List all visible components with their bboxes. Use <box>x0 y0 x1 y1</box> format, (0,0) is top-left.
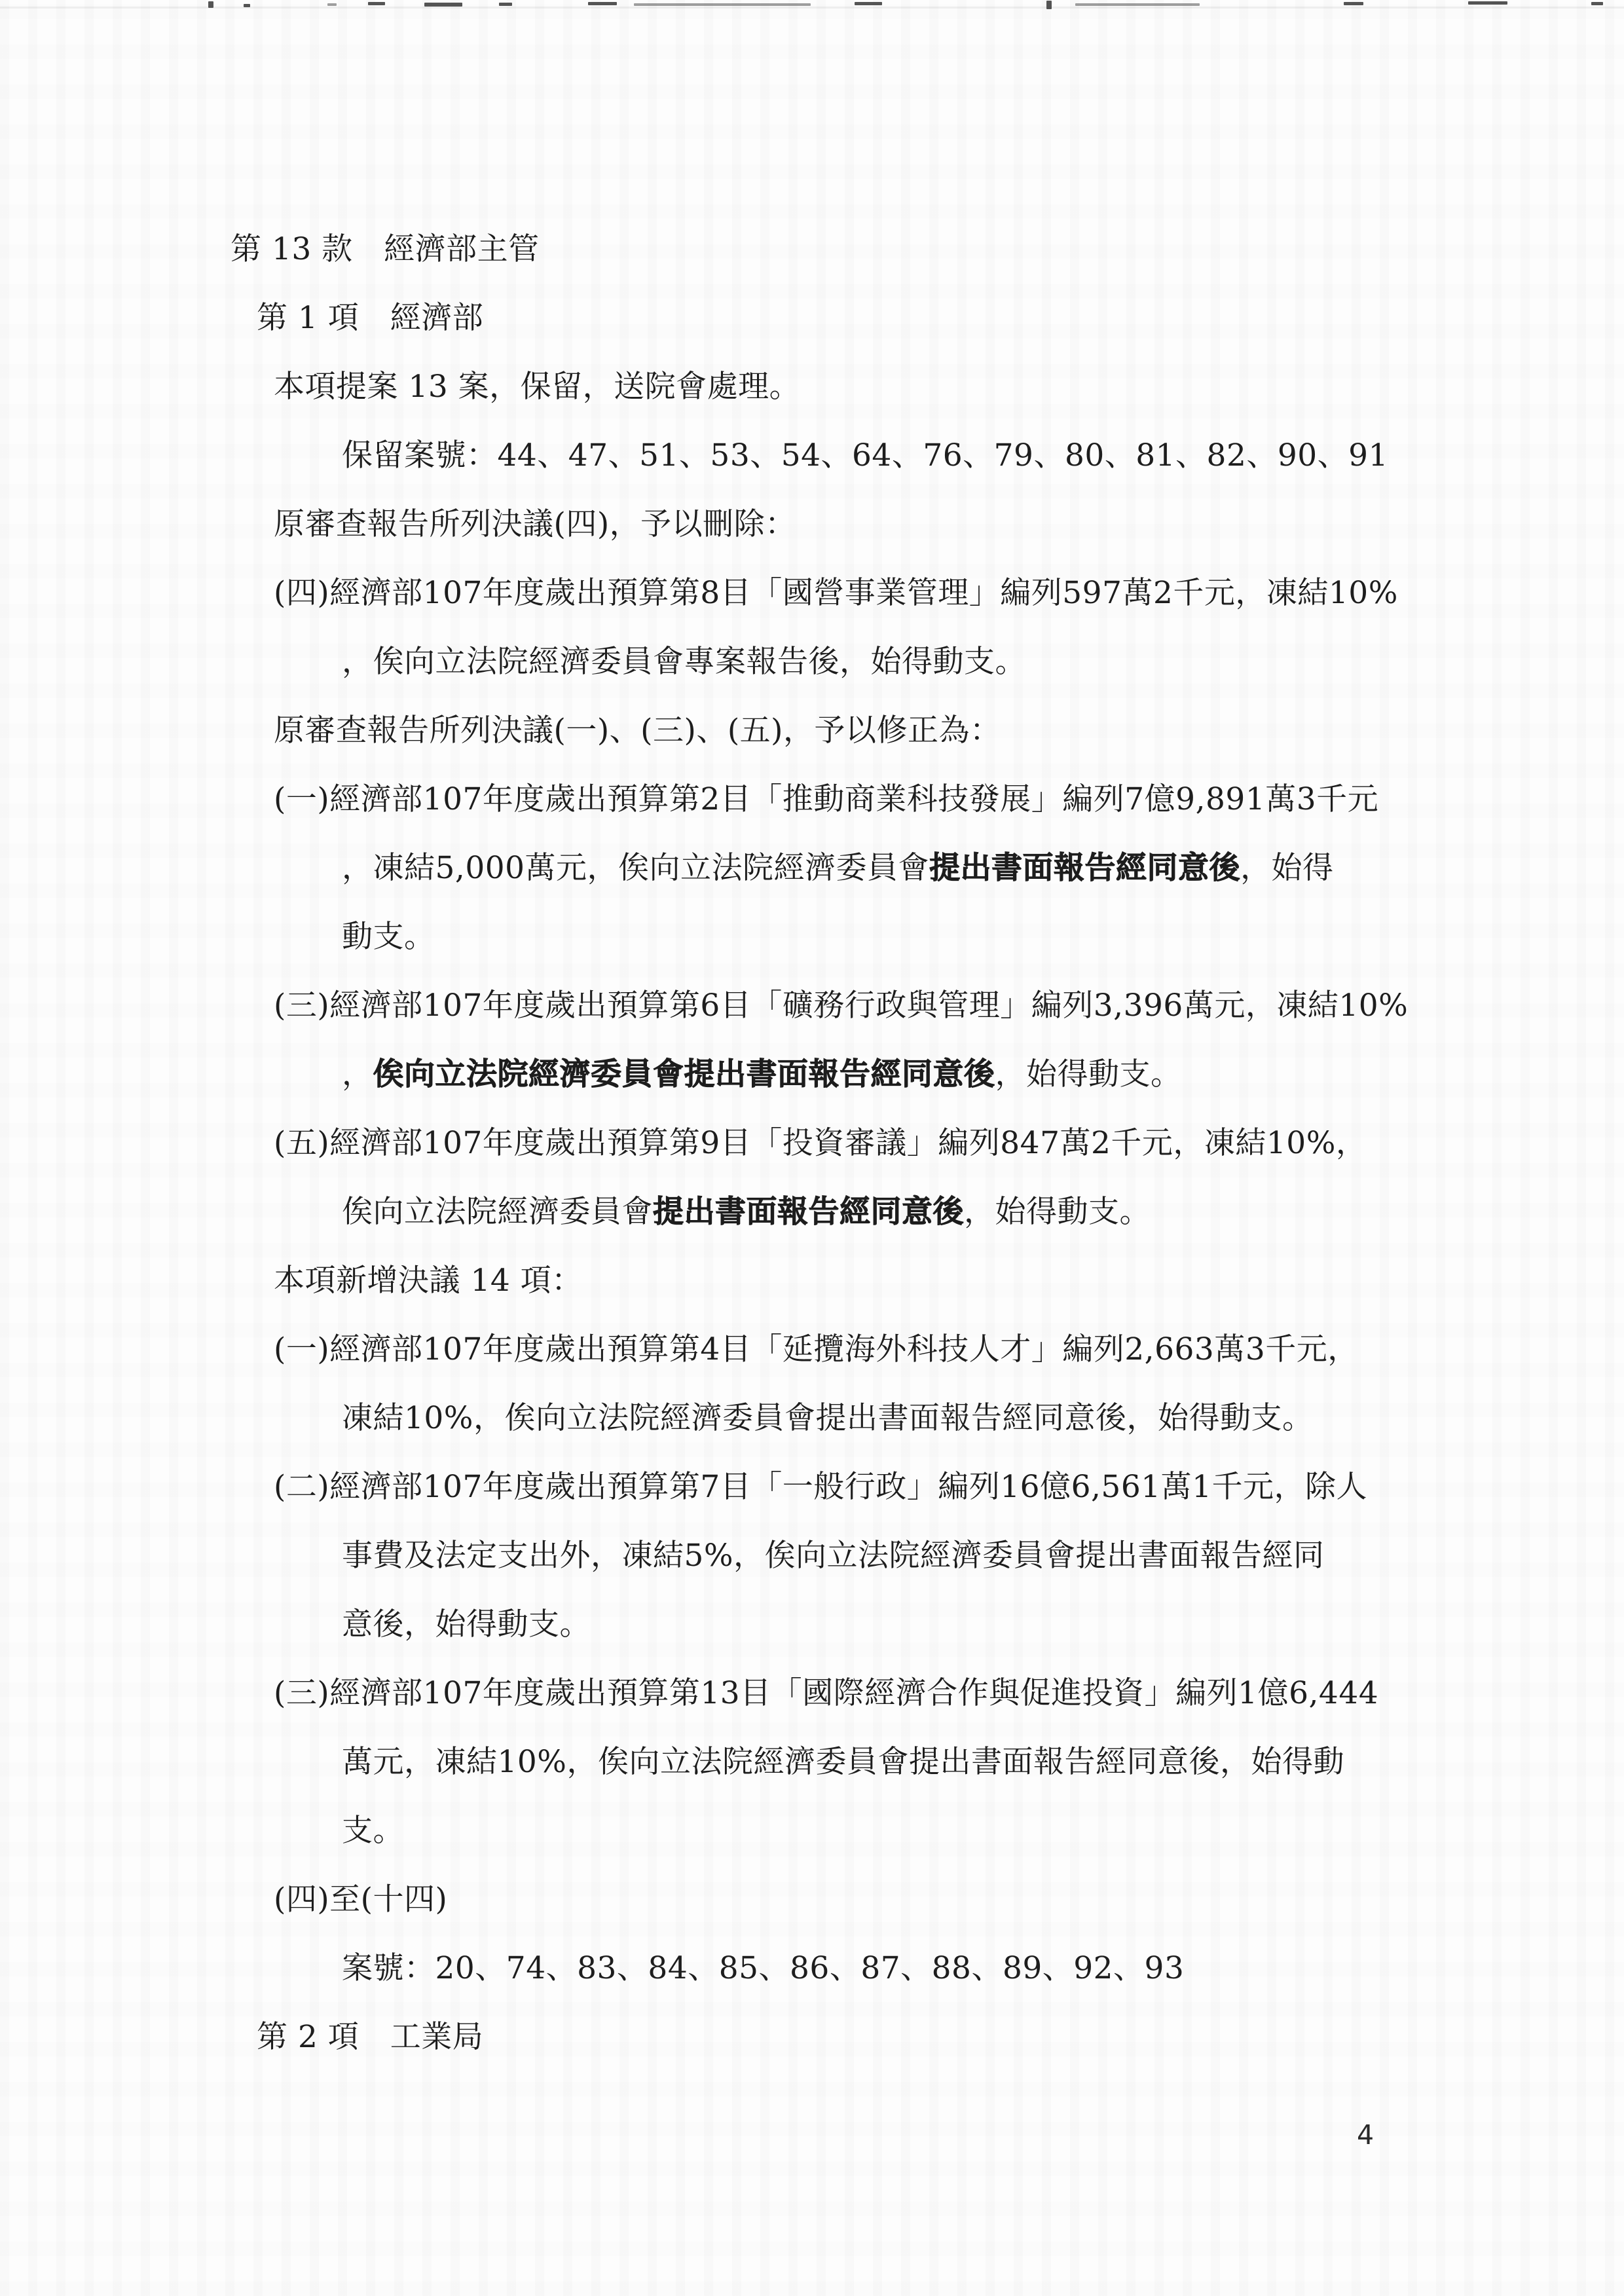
text-segment: 俟向立法院經濟委員會 <box>342 1194 653 1230</box>
scan-speck-artifact <box>499 3 512 6</box>
scan-speck-artifact <box>634 3 811 6</box>
emphasized-text: 提出書面報告經同意後 <box>653 1194 964 1230</box>
scan-speck-artifact <box>424 3 462 7</box>
text-segment: ，始得 <box>1240 850 1334 886</box>
text-segment: 原審查報告所列決議(四)，予以刪除： <box>274 506 796 542</box>
text-segment: (一)經濟部107年度歲出預算第4目「延攬海外科技人才」編列2,663萬3千元， <box>274 1331 1359 1367</box>
text-segment: (三)經濟部107年度歲出預算第13目「國際經濟合作與促進投資」編列1億6,44… <box>274 1675 1378 1711</box>
text-segment: 第 2 項 工業局 <box>257 2019 483 2055</box>
scan-speck-artifact <box>1344 2 1363 5</box>
scan-speck-artifact <box>1075 3 1200 6</box>
emphasized-text: 提出書面報告經同意後 <box>929 850 1240 886</box>
scan-speck-artifact <box>1468 1 1507 5</box>
text-segment: (四)至(十四) <box>274 1881 447 1917</box>
text-line: 第 1 項 經濟部 <box>257 301 483 335</box>
emphasized-text: 俟向立法院經濟委員會提出書面報告經同意後 <box>373 1056 995 1092</box>
text-segment: 意後，始得動支。 <box>342 1606 591 1642</box>
text-segment: 動支。 <box>342 919 435 955</box>
text-line: (一)經濟部107年度歲出預算第2目「推動商業科技發展」編列7億9,891萬3千… <box>274 783 1378 817</box>
text-line: (四)經濟部107年度歲出預算第8目「國營事業管理」編列597萬2千元，凍結10… <box>274 576 1398 610</box>
text-line: 第 2 項 工業局 <box>257 2020 483 2054</box>
text-line: 支。 <box>342 1814 404 1848</box>
scan-speck-artifact <box>1591 2 1603 5</box>
text-segment: ， <box>342 1056 373 1092</box>
text-segment: (五)經濟部107年度歲出預算第9目「投資審議」編列847萬2千元，凍結10%， <box>274 1125 1367 1161</box>
text-line: 保留案號：44、47、51、53、54、64、76、79、80、81、82、90… <box>342 439 1388 473</box>
text-segment: 原審查報告所列決議(一)、(三)、(五)，予以修正為： <box>274 713 1001 749</box>
scan-speck-artifact <box>244 4 250 7</box>
text-line: 本項新增決議 14 項： <box>274 1264 583 1298</box>
page-number: 4 <box>1357 2120 1374 2149</box>
text-segment: 案號：20、74、83、84、85、86、87、88、89、92、93 <box>342 1950 1184 1986</box>
scan-speck-artifact <box>208 1 213 8</box>
text-line: 意後，始得動支。 <box>342 1608 591 1642</box>
text-line: 凍結10%，俟向立法院經濟委員會提出書面報告經同意後，始得動支。 <box>342 1401 1313 1435</box>
text-segment: (二)經濟部107年度歲出預算第7目「一般行政」編列16億6,561萬1千元，除… <box>274 1469 1367 1505</box>
text-line: (一)經濟部107年度歲出預算第4目「延攬海外科技人才」編列2,663萬3千元， <box>274 1333 1359 1367</box>
text-segment: 支。 <box>342 1813 404 1849</box>
text-line: (五)經濟部107年度歲出預算第9目「投資審議」編列847萬2千元，凍結10%， <box>274 1126 1367 1160</box>
text-segment: (三)經濟部107年度歲出預算第6目「礦務行政與管理」編列3,396萬元，凍結1… <box>274 988 1408 1024</box>
text-segment: ，始得動支。 <box>964 1194 1151 1230</box>
text-line: (四)至(十四) <box>274 1883 447 1917</box>
text-line: 原審查報告所列決議(一)、(三)、(五)，予以修正為： <box>274 714 1001 748</box>
text-segment: 第 1 項 經濟部 <box>257 300 483 336</box>
text-line: 萬元，凍結10%，俟向立法院經濟委員會提出書面報告經同意後，始得動 <box>342 1745 1344 1779</box>
text-line: 俟向立法院經濟委員會提出書面報告經同意後，始得動支。 <box>342 1195 1151 1229</box>
scan-speck-artifact <box>327 3 337 6</box>
text-line: 事費及法定支出外，凍結5%，俟向立法院經濟委員會提出書面報告經同 <box>342 1539 1325 1573</box>
text-line: 案號：20、74、83、84、85、86、87、88、89、92、93 <box>342 1952 1184 1986</box>
text-segment: ，凍結5,000萬元，俟向立法院經濟委員會 <box>342 850 929 886</box>
text-segment: 本項提案 13 案，保留，送院會處理。 <box>274 369 800 405</box>
text-segment: 第 13 款 經濟部主管 <box>231 231 540 267</box>
text-line: (二)經濟部107年度歲出預算第7目「一般行政」編列16億6,561萬1千元，除… <box>274 1470 1367 1504</box>
text-line: (三)經濟部107年度歲出預算第6目「礦務行政與管理」編列3,396萬元，凍結1… <box>274 989 1408 1023</box>
text-segment: (一)經濟部107年度歲出預算第2目「推動商業科技發展」編列7億9,891萬3千… <box>274 781 1378 817</box>
text-segment: 保留案號：44、47、51、53、54、64、76、79、80、81、82、90… <box>342 437 1388 473</box>
scan-speck-artifact <box>368 2 385 5</box>
scan-speck-artifact <box>588 2 617 5</box>
text-line: ，凍結5,000萬元，俟向立法院經濟委員會提出書面報告經同意後，始得 <box>342 851 1334 885</box>
scan-speck-artifact <box>855 2 882 5</box>
text-line: ，俟向立法院經濟委員會專案報告後，始得動支。 <box>342 645 1026 679</box>
text-line: 第 13 款 經濟部主管 <box>231 232 540 267</box>
text-segment: ，始得動支。 <box>995 1056 1182 1092</box>
text-segment: 事費及法定支出外，凍結5%，俟向立法院經濟委員會提出書面報告經同 <box>342 1538 1325 1574</box>
text-segment: ，俟向立法院經濟委員會專案報告後，始得動支。 <box>342 644 1026 680</box>
text-line: 原審查報告所列決議(四)，予以刪除： <box>274 508 796 542</box>
text-line: (三)經濟部107年度歲出預算第13目「國際經濟合作與促進投資」編列1億6,44… <box>274 1676 1378 1711</box>
scan-speck-artifact <box>1046 1 1052 9</box>
text-segment: 凍結10%，俟向立法院經濟委員會提出書面報告經同意後，始得動支。 <box>342 1400 1313 1436</box>
text-segment: 本項新增決議 14 項： <box>274 1263 583 1299</box>
text-line: 本項提案 13 案，保留，送院會處理。 <box>274 370 800 404</box>
text-line: ，俟向立法院經濟委員會提出書面報告經同意後，始得動支。 <box>342 1058 1182 1092</box>
text-segment: 萬元，凍結10%，俟向立法院經濟委員會提出書面報告經同意後，始得動 <box>342 1744 1344 1780</box>
text-line: 動支。 <box>342 920 435 954</box>
text-segment: (四)經濟部107年度歲出預算第8目「國營事業管理」編列597萬2千元，凍結10… <box>274 575 1398 611</box>
